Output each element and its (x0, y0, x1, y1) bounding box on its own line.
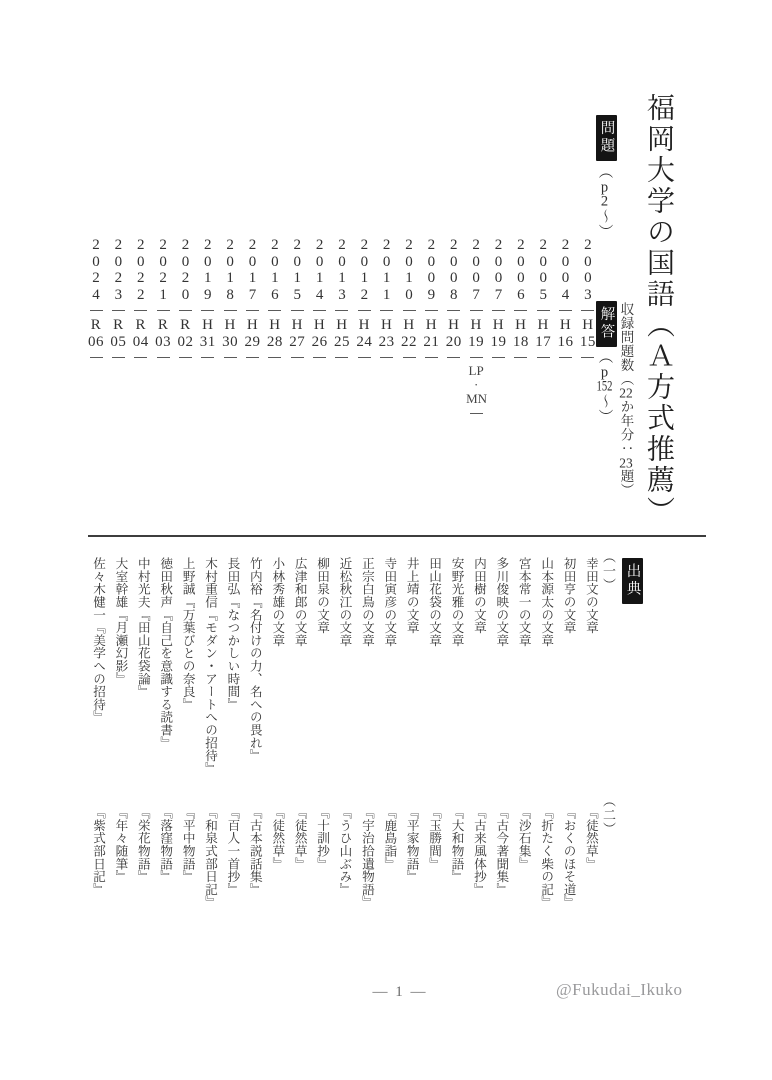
separator-dash (358, 310, 371, 311)
era-value: H20 (444, 317, 464, 350)
year-column: 2004H16 (556, 237, 576, 420)
source-item: 『落窪物語』 (152, 806, 174, 956)
source-item: 安野光雅の文章 (444, 557, 466, 802)
source-item: 長田弘『なつかしい時間』 (219, 557, 241, 802)
separator-dash (224, 310, 237, 311)
source-item: 広津和郎の文章 (287, 557, 309, 802)
year-value: 2020 (175, 237, 195, 303)
source-item: 田山花袋の文章 (421, 557, 443, 802)
source-item: 『うひ山ぶみ』 (331, 806, 353, 956)
source-item: 井上靖の文章 (399, 557, 421, 802)
year-column: 2011H23 (377, 237, 397, 420)
separator-dash (268, 310, 281, 311)
source-item: 『おくのほそ道』 (556, 806, 578, 956)
year-value: 2018 (220, 237, 240, 303)
era-value: R04 (131, 317, 151, 350)
year-value: 2003 (578, 237, 598, 303)
source-item: 大室幹雄『月瀬幻影』 (107, 557, 129, 802)
source-item: 近松秋江の文章 (331, 557, 353, 802)
source-item: 柳田泉の文章 (309, 557, 331, 802)
inline-latin-run: p (597, 365, 613, 380)
section-one-label: （一） (602, 550, 615, 592)
source-item: 『折たく柴の記』 (533, 806, 555, 956)
classical-sources-list: 『徒然草』『おくのほそ道』『折たく柴の記』『沙石集』『古今著聞集』『古来風体抄』… (85, 806, 600, 956)
year-value: 2014 (310, 237, 330, 303)
separator-dash (90, 357, 103, 358)
year-column: 2020R02 (175, 237, 195, 420)
source-item: 多川俊映の文章 (488, 557, 510, 802)
year-column: 2014H26 (310, 237, 330, 420)
era-value: R06 (86, 317, 106, 350)
source-item: 『鹿島詣』 (376, 806, 398, 956)
source-item: 『百人一首抄』 (219, 806, 241, 956)
separator-dash (492, 310, 505, 311)
year-column: 2017H29 (243, 237, 263, 420)
year-column: 2018H30 (220, 237, 240, 420)
separator-dash (470, 310, 483, 311)
year-column: 2009H21 (421, 237, 441, 420)
year-value: 2007 (488, 237, 508, 303)
source-item: 小林秀雄の文章 (264, 557, 286, 802)
separator-dash (90, 310, 103, 311)
year-value: 2009 (421, 237, 441, 303)
separator-dash (201, 310, 214, 311)
inline-latin-run: 22 (619, 386, 634, 400)
year-column: 2012H24 (354, 237, 374, 420)
separator-dash (425, 357, 438, 358)
year-column: 2015H27 (287, 237, 307, 420)
sources-badge: 出典 (622, 558, 643, 604)
watermark: @Fukudai_Ikuko (556, 980, 683, 1000)
problem-badge: 問題 (596, 115, 617, 161)
source-item: 『栄花物語』 (130, 806, 152, 956)
separator-dash (134, 357, 147, 358)
source-item: 『大和物語』 (444, 806, 466, 956)
separator-dash (246, 357, 259, 358)
era-value: H27 (287, 317, 307, 350)
year-value: 2010 (399, 237, 419, 303)
source-item: 『古来風体抄』 (466, 806, 488, 956)
era-value: H21 (421, 317, 441, 350)
separator-dash (559, 357, 572, 358)
separator-dash (112, 357, 125, 358)
source-item: 内田樹の文章 (466, 557, 488, 802)
separator-dash (559, 310, 572, 311)
separator-dash (179, 310, 192, 311)
year-column: 2019H31 (198, 237, 218, 420)
year-value: 2008 (444, 237, 464, 303)
separator-dash (581, 357, 594, 358)
source-item: 竹内裕『名付けの力、名への畏れ』 (242, 557, 264, 802)
inline-latin-run: 2 (597, 194, 613, 209)
separator-dash (291, 357, 304, 358)
separator-dash (224, 357, 237, 358)
inline-latin-run: 152 (597, 379, 613, 394)
source-item: 『平中物語』 (175, 806, 197, 956)
source-item: 佐々木健一『美学への招待』 (85, 557, 107, 802)
section-divider (88, 535, 706, 537)
separator-dash (447, 357, 460, 358)
separator-dash (537, 310, 550, 311)
year-column: 2013H25 (332, 237, 352, 420)
exam-type-note: LP·MN (466, 364, 486, 406)
era-value: H18 (511, 317, 531, 350)
separator-dash (537, 357, 550, 358)
inline-latin-run: p (597, 180, 613, 195)
source-item: 『古本説話集』 (242, 806, 264, 956)
source-item: 山本源太の文章 (533, 557, 555, 802)
year-value: 2022 (131, 237, 151, 303)
separator-dash (112, 310, 125, 311)
year-column: 2024R06 (86, 237, 106, 420)
separator-dash (581, 310, 594, 311)
year-column: 2006H18 (511, 237, 531, 420)
included-problems-note: 収録問題数（22か年分：23題） (619, 302, 633, 497)
answer-page-range: （p152〜） (597, 349, 612, 425)
year-value: 2023 (108, 237, 128, 303)
source-item: 寺田寅彦の文章 (376, 557, 398, 802)
separator-dash (246, 310, 259, 311)
era-value: H30 (220, 317, 240, 350)
separator-dash (157, 310, 170, 311)
era-value: H25 (332, 317, 352, 350)
source-item: 初田亨の文章 (556, 557, 578, 802)
document-page: 福岡大学の国語（Ａ方式推薦） 収録問題数（22か年分：23題） 問題 （p2〜）… (0, 0, 772, 1080)
year-value: 2024 (86, 237, 106, 303)
year-column: 2016H28 (265, 237, 285, 420)
separator-dash (313, 357, 326, 358)
source-item: 『平家物語』 (399, 806, 421, 956)
separator-dash (447, 310, 460, 311)
source-item: 『沙石集』 (511, 806, 533, 956)
separator-dash (201, 357, 214, 358)
separator-dash (380, 310, 393, 311)
era-value: H28 (265, 317, 285, 350)
separator-dash (313, 310, 326, 311)
source-item: 『玉勝間』 (421, 806, 443, 956)
year-value: 2004 (556, 237, 576, 303)
separator-dash (335, 357, 348, 358)
source-item: 木村重信『モダン・アートへの招待』 (197, 557, 219, 802)
era-value: H22 (399, 317, 419, 350)
era-value: R05 (108, 317, 128, 350)
source-item: 幸田文の文章 (578, 557, 600, 802)
source-item: 『徒然草』 (264, 806, 286, 956)
section-two-label: （二） (602, 794, 615, 836)
era-value: H31 (198, 317, 218, 350)
era-value: R03 (153, 317, 173, 350)
year-value: 2019 (198, 237, 218, 303)
separator-dash (470, 357, 483, 358)
year-value: 2021 (153, 237, 173, 303)
year-value: 2015 (287, 237, 307, 303)
era-value: H19 (488, 317, 508, 350)
source-item: 『徒然草』 (578, 806, 600, 956)
separator-dash (291, 310, 304, 311)
source-item: 『宇治拾遺物語』 (354, 806, 376, 956)
source-item: 上野誠『万葉びとの奈良』 (175, 557, 197, 802)
problem-page-range: （p2〜） (597, 164, 612, 240)
page-number: — 1 — (330, 984, 470, 1001)
year-value: 2007 (466, 237, 486, 303)
year-value: 2011 (377, 237, 397, 303)
separator-dash (358, 357, 371, 358)
source-item: 『紫式部日記』 (85, 806, 107, 956)
source-item: 『古今著聞集』 (488, 806, 510, 956)
modern-sources-list: 幸田文の文章初田亨の文章山本源太の文章宮本常一の文章多川俊映の文章内田樹の文章安… (85, 557, 600, 802)
era-value: H15 (578, 317, 598, 350)
inline-latin-run: 23 (619, 456, 634, 470)
year-column: 2022R04 (131, 237, 151, 420)
separator-dash (157, 357, 170, 358)
year-value: 2016 (265, 237, 285, 303)
era-value: H17 (533, 317, 553, 350)
source-item: 宮本常一の文章 (511, 557, 533, 802)
separator-dash (492, 357, 505, 358)
separator-dash (514, 310, 527, 311)
era-value: R02 (175, 317, 195, 350)
year-column: 2003H15 (578, 237, 598, 420)
year-column: 2023R05 (108, 237, 128, 420)
separator-dash (380, 357, 393, 358)
year-value: 2013 (332, 237, 352, 303)
page-title: 福岡大学の国語（Ａ方式推薦） (644, 93, 672, 527)
year-value: 2006 (511, 237, 531, 303)
separator-dash (335, 310, 348, 311)
year-column: 2010H22 (399, 237, 419, 420)
separator-dash (403, 310, 416, 311)
year-column: 2007H19 (488, 237, 508, 420)
era-value: H24 (354, 317, 374, 350)
source-item: 『和泉式部日記』 (197, 806, 219, 956)
era-value: H23 (377, 317, 397, 350)
separator-dash (514, 357, 527, 358)
era-value: H29 (243, 317, 263, 350)
separator-dash (470, 413, 483, 414)
year-value: 2017 (243, 237, 263, 303)
year-column: 2008H20 (444, 237, 464, 420)
answer-badge: 解答 (596, 301, 617, 347)
separator-dash (403, 357, 416, 358)
year-column: 2005H17 (533, 237, 553, 420)
separator-dash (268, 357, 281, 358)
era-value: H16 (556, 317, 576, 350)
source-item: 正宗白鳥の文章 (354, 557, 376, 802)
separator-dash (425, 310, 438, 311)
year-column: 2021R03 (153, 237, 173, 420)
year-column: 2007H19LP·MN (466, 237, 486, 420)
source-item: 徳田秋声『自己を意識する読書』 (152, 557, 174, 802)
source-item: 中村光夫『田山花袋論』 (130, 557, 152, 802)
separator-dash (134, 310, 147, 311)
separator-dash (179, 357, 192, 358)
year-list: 2003H152004H162005H172006H182007H192007H… (86, 237, 598, 420)
source-item: 『十訓抄』 (309, 806, 331, 956)
source-item: 『徒然草』 (287, 806, 309, 956)
era-value: H26 (310, 317, 330, 350)
year-value: 2012 (354, 237, 374, 303)
era-value: H19 (466, 317, 486, 350)
source-item: 『年々随筆』 (107, 806, 129, 956)
year-value: 2005 (533, 237, 553, 303)
